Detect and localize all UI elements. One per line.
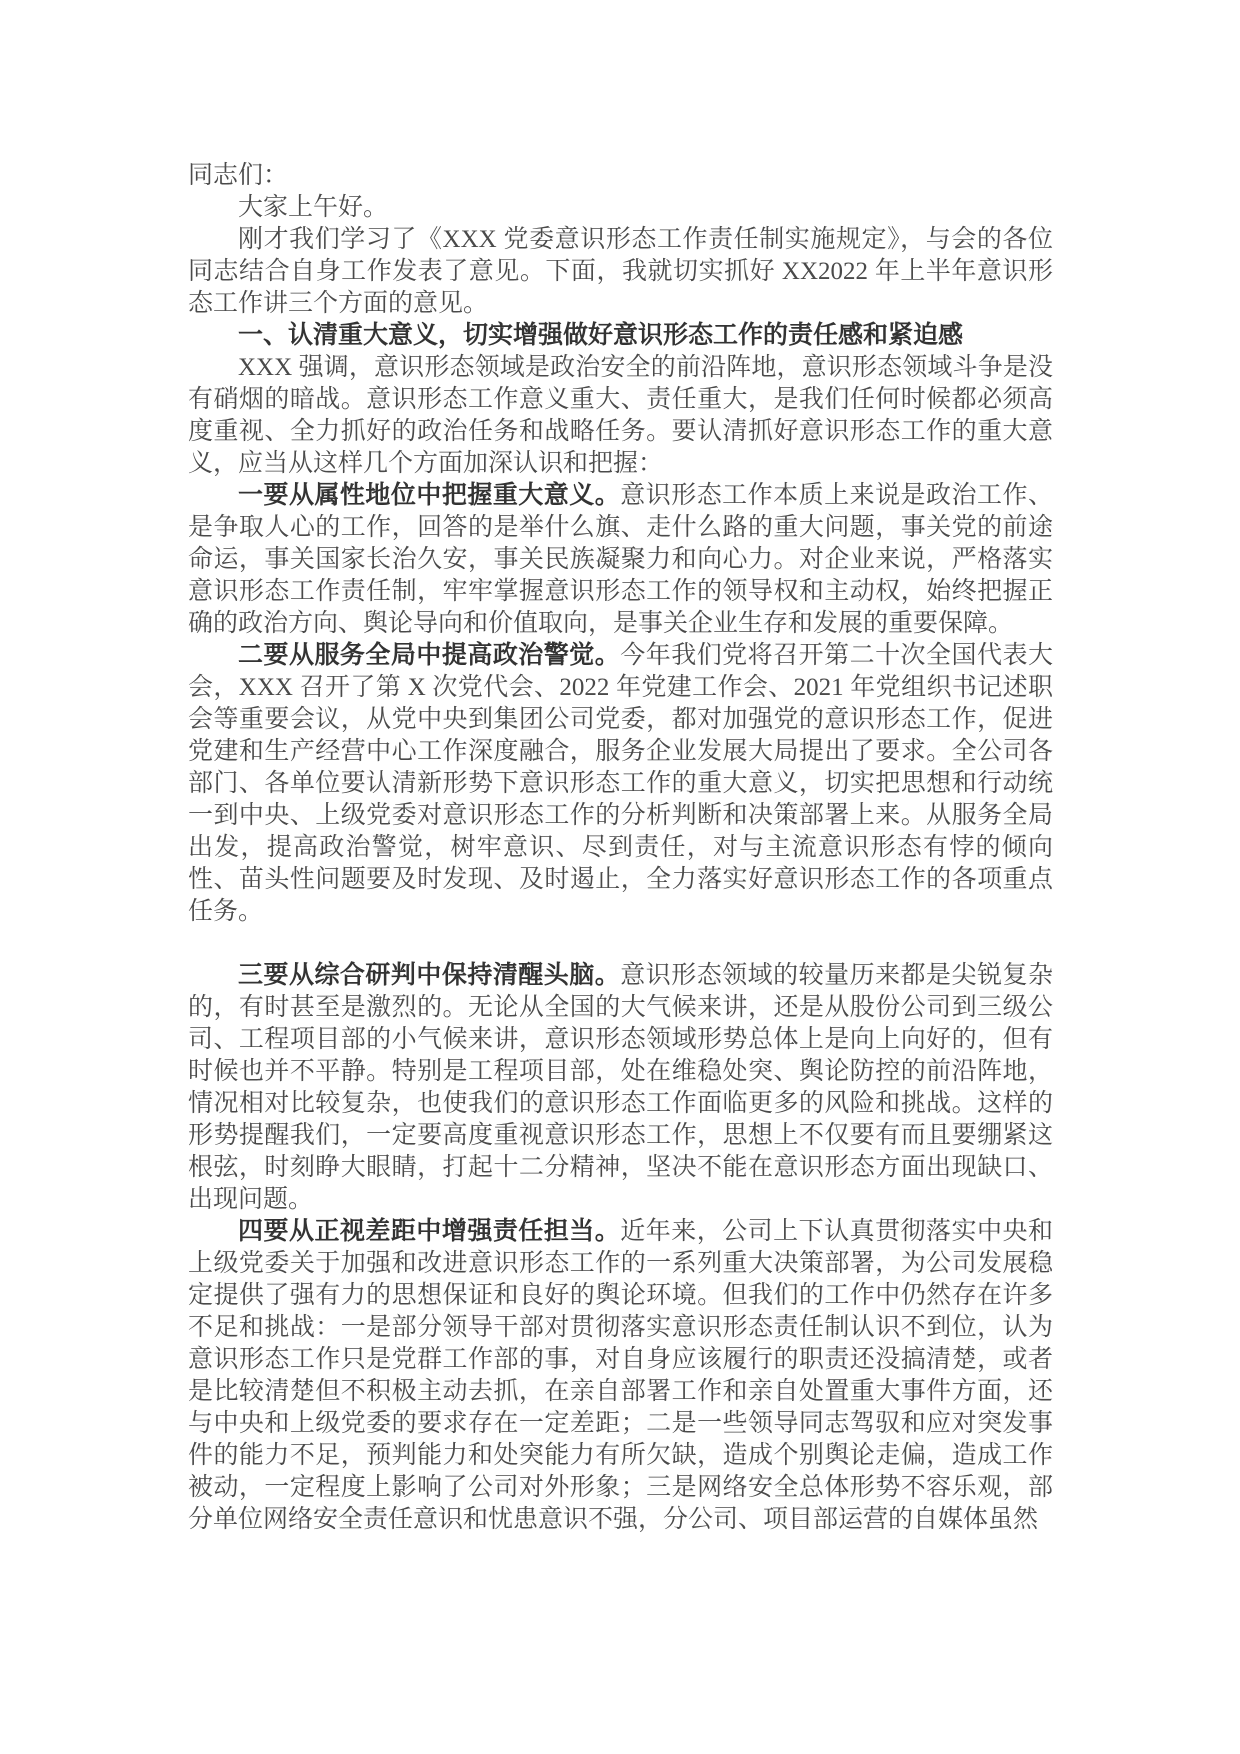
paragraph-lead: 二要从服务全局中提高政治警觉。: [238, 642, 620, 669]
paragraph-lead: 一要从属性地位中把握重大意义。: [238, 482, 620, 509]
paragraph-salutation: 同志们：: [188, 160, 1053, 192]
paragraph-point-2: 二要从服务全局中提高政治警觉。今年我们党将召开第二十次全国代表大会，XXX 召开…: [188, 640, 1053, 928]
paragraph-intro: 刚才我们学习了《XXX 党委意识形态工作责任制实施规定》，与会的各位同志结合自身…: [188, 224, 1053, 320]
section-heading-text: 一、认清重大意义，切实增强做好意识形态工作的责任感和紧迫感: [238, 322, 963, 349]
paragraph-text: 今年我们党将召开第二十次全国代表大会，XXX 召开了第 X 次党代会、2022 …: [188, 642, 1053, 925]
section-heading-1: 一、认清重大意义，切实增强做好意识形态工作的责任感和紧迫感: [188, 320, 1053, 352]
document-page: 同志们： 大家上午好。 刚才我们学习了《XXX 党委意识形态工作责任制实施规定》…: [0, 0, 1240, 1754]
paragraph-text: XXX 强调，意识形态领域是政治安全的前沿阵地，意识形态领域斗争是没有硝烟的暗战…: [188, 354, 1053, 477]
paragraph-text: 刚才我们学习了《XXX 党委意识形态工作责任制实施规定》，与会的各位同志结合自身…: [188, 226, 1053, 317]
paragraph-point-4: 四要从正视差距中增强责任担当。近年来，公司上下认真贯彻落实中央和上级党委关于加强…: [188, 1216, 1053, 1536]
blank-line: [188, 928, 1053, 960]
paragraph-text: 意识形态领域的较量历来都是尖锐复杂的，有时甚至是激烈的。无论从全国的大气候来讲，…: [188, 962, 1053, 1213]
paragraph-emphasis-overview: XXX 强调，意识形态领域是政治安全的前沿阵地，意识形态领域斗争是没有硝烟的暗战…: [188, 352, 1053, 480]
paragraph-point-3: 三要从综合研判中保持清醒头脑。意识形态领域的较量历来都是尖锐复杂的，有时甚至是激…: [188, 960, 1053, 1216]
paragraph-text: 近年来，公司上下认真贯彻落实中央和上级党委关于加强和改进意识形态工作的一系列重大…: [188, 1218, 1053, 1533]
paragraph-point-1: 一要从属性地位中把握重大意义。意识形态工作本质上来说是政治工作、是争取人心的工作…: [188, 480, 1053, 640]
paragraph-text: 大家上午好。: [238, 194, 388, 221]
paragraph-lead: 三要从综合研判中保持清醒头脑。: [238, 962, 620, 989]
paragraph-greeting: 大家上午好。: [188, 192, 1053, 224]
paragraph-text: 同志们：: [188, 162, 288, 189]
paragraph-lead: 四要从正视差距中增强责任担当。: [238, 1218, 620, 1245]
